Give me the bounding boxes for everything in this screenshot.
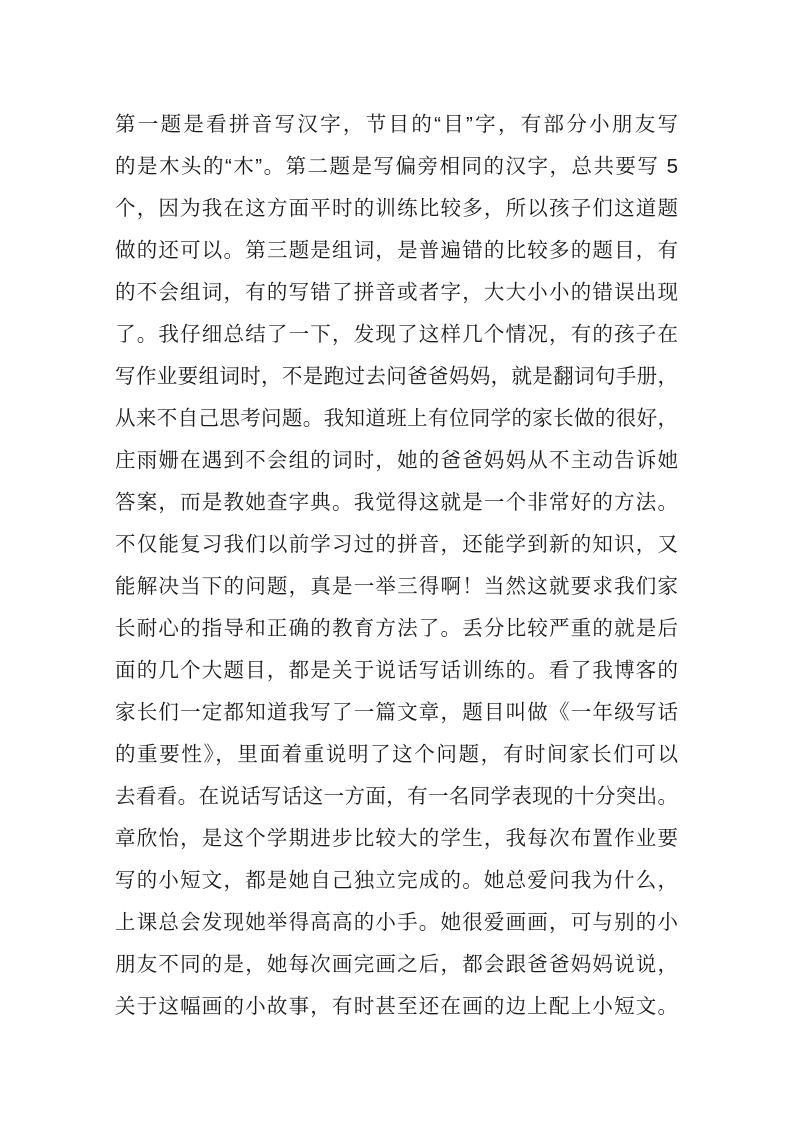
text-line: 写的小短文，都是她自己独立完成的。她总爱问我为什么， bbox=[115, 860, 678, 902]
text-line: 不仅能复习我们以前学习过的拼音，还能学到新的知识，又 bbox=[115, 524, 678, 566]
document-page: 第一题是看拼音写汉字，节目的“目”字，有部分小朋友写的是木头的“木”。第二题是写… bbox=[0, 0, 793, 1122]
text-line: 能解决当下的问题，真是一举三得啊！当然这就要求我们家 bbox=[115, 566, 678, 608]
text-line: 答案，而是教她查字典。我觉得这就是一个非常好的方法。 bbox=[115, 482, 678, 524]
text-line: 的重要性》，里面着重说明了这个问题，有时间家长们可以 bbox=[115, 734, 678, 776]
text-line: 个，因为我在这方面平时的训练比较多，所以孩子们这道题 bbox=[115, 188, 678, 230]
text-line: 的不会组词，有的写错了拼音或者字，大大小小的错误出现 bbox=[115, 272, 678, 314]
text-line: 家长们一定都知道我写了一篇文章，题目叫做《一年级写话 bbox=[115, 692, 678, 734]
text-line: 关于这幅画的小故事，有时甚至还在画的边上配上小短文。 bbox=[115, 986, 678, 1028]
text-line: 的是木头的“木”。第二题是写偏旁相同的汉字，总共要写 5 bbox=[115, 146, 678, 188]
text-line: 了。我仔细总结了一下，发现了这样几个情况，有的孩子在 bbox=[115, 314, 678, 356]
text-line: 第一题是看拼音写汉字，节目的“目”字，有部分小朋友写 bbox=[115, 104, 678, 146]
text-line: 庄雨姗在遇到不会组的词时，她的爸爸妈妈从不主动告诉她 bbox=[115, 440, 678, 482]
text-line: 面的几个大题目，都是关于说话写话训练的。看了我博客的 bbox=[115, 650, 678, 692]
text-line: 去看看。在说话写话这一方面，有一名同学表现的十分突出。 bbox=[115, 776, 678, 818]
text-line: 从来不自己思考问题。我知道班上有位同学的家长做的很好， bbox=[115, 398, 678, 440]
text-line: 章欣怡，是这个学期进步比较大的学生，我每次布置作业要 bbox=[115, 818, 678, 860]
text-line: 做的还可以。第三题是组词，是普遍错的比较多的题目，有 bbox=[115, 230, 678, 272]
text-line: 上课总会发现她举得高高的小手。她很爱画画，可与别的小 bbox=[115, 902, 678, 944]
paragraph-text: 第一题是看拼音写汉字，节目的“目”字，有部分小朋友写的是木头的“木”。第二题是写… bbox=[115, 104, 678, 1028]
text-line: 写作业要组词时，不是跑过去问爸爸妈妈，就是翻词句手册， bbox=[115, 356, 678, 398]
text-line: 长耐心的指导和正确的教育方法了。丢分比较严重的就是后 bbox=[115, 608, 678, 650]
text-line: 朋友不同的是，她每次画完画之后，都会跟爸爸妈妈说说， bbox=[115, 944, 678, 986]
